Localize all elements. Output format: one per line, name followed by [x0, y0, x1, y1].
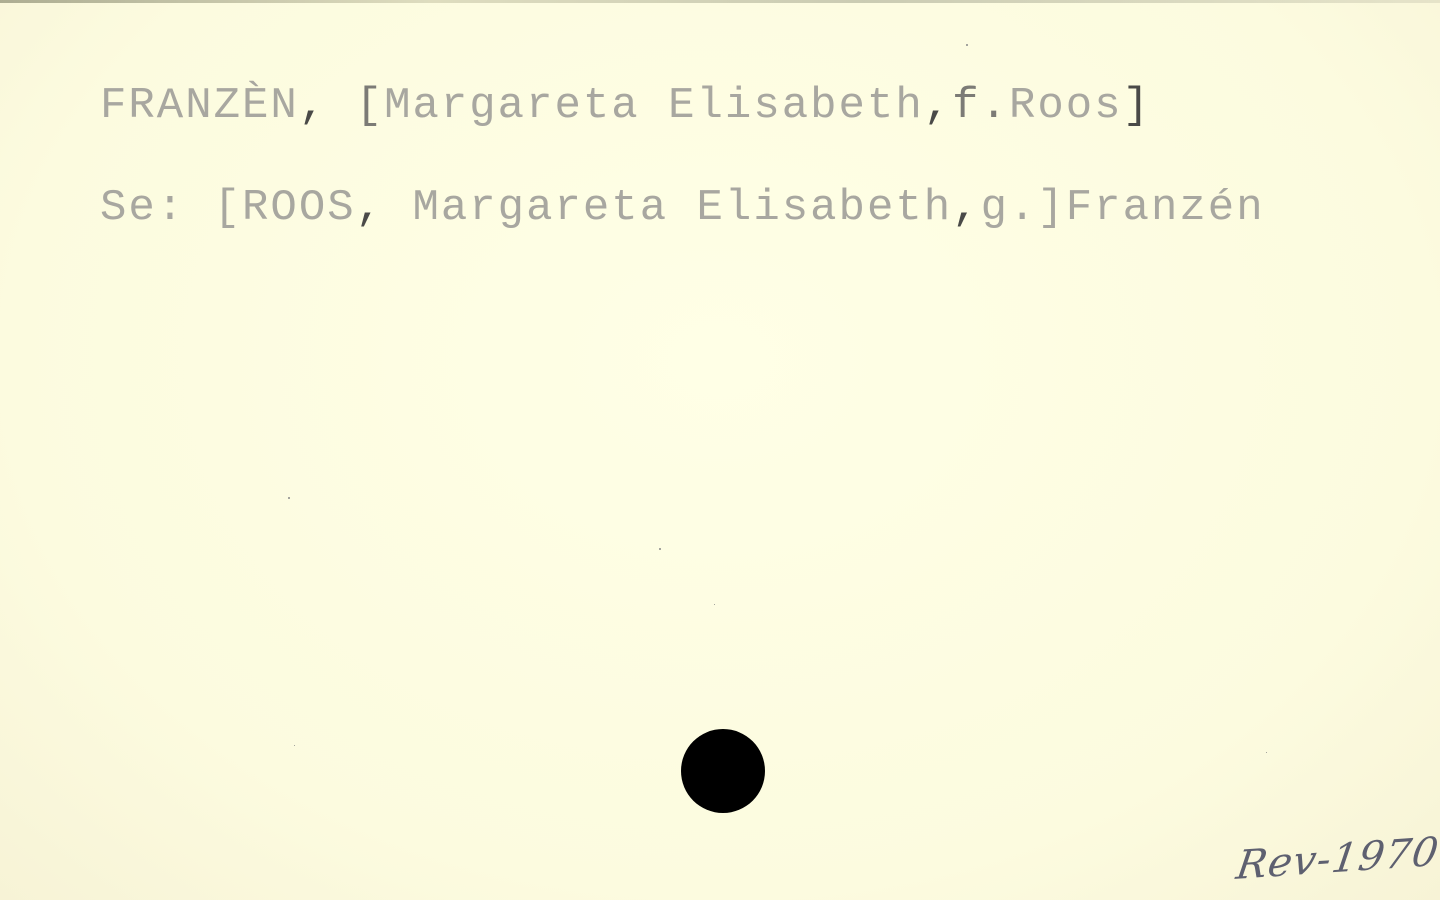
paper-speck — [659, 548, 661, 550]
paper-speck — [1266, 752, 1267, 753]
catalog-card: FRANZÈN, [Margareta Elisabeth,f.Roos] Se… — [0, 0, 1440, 900]
heading-given-names: Margareta Elisabeth — [384, 81, 924, 131]
heading-birth-name: Roos — [1009, 81, 1123, 131]
see-bracket-open: [ — [214, 183, 242, 233]
see-surname: ROOS — [242, 183, 356, 233]
heading-birth-prefix: f. — [952, 81, 1009, 131]
heading-entry: FRANZÈN, [Margareta Elisabeth,f.Roos] — [100, 84, 1151, 128]
card-top-edge — [0, 0, 1440, 3]
see-married-prefix: g. — [981, 183, 1038, 233]
see-label: Se: — [100, 183, 185, 233]
paper-speck — [288, 497, 290, 499]
heading-comma: , — [299, 81, 356, 131]
paper-speck — [966, 44, 968, 46]
see-comma: , — [356, 183, 413, 233]
paper-speck — [294, 745, 295, 746]
heading-comma-2: , — [924, 81, 952, 131]
see-given-names: Margareta Elisabeth — [412, 183, 952, 233]
heading-surname: FRANZÈN — [100, 81, 299, 131]
see-married-name: Franzén — [1066, 183, 1265, 233]
see-bracket-close: ] — [1037, 183, 1065, 233]
see-reference: Se: [ROOS, Margareta Elisabeth,g.]Franzé… — [100, 186, 1265, 230]
see-comma-2: , — [952, 183, 980, 233]
paper-speck — [714, 604, 715, 605]
punch-hole — [681, 729, 765, 813]
heading-bracket-open: [ — [356, 81, 384, 131]
heading-bracket-close: ] — [1123, 81, 1151, 131]
handwritten-revision-note: Rev-1970 — [1233, 829, 1440, 889]
